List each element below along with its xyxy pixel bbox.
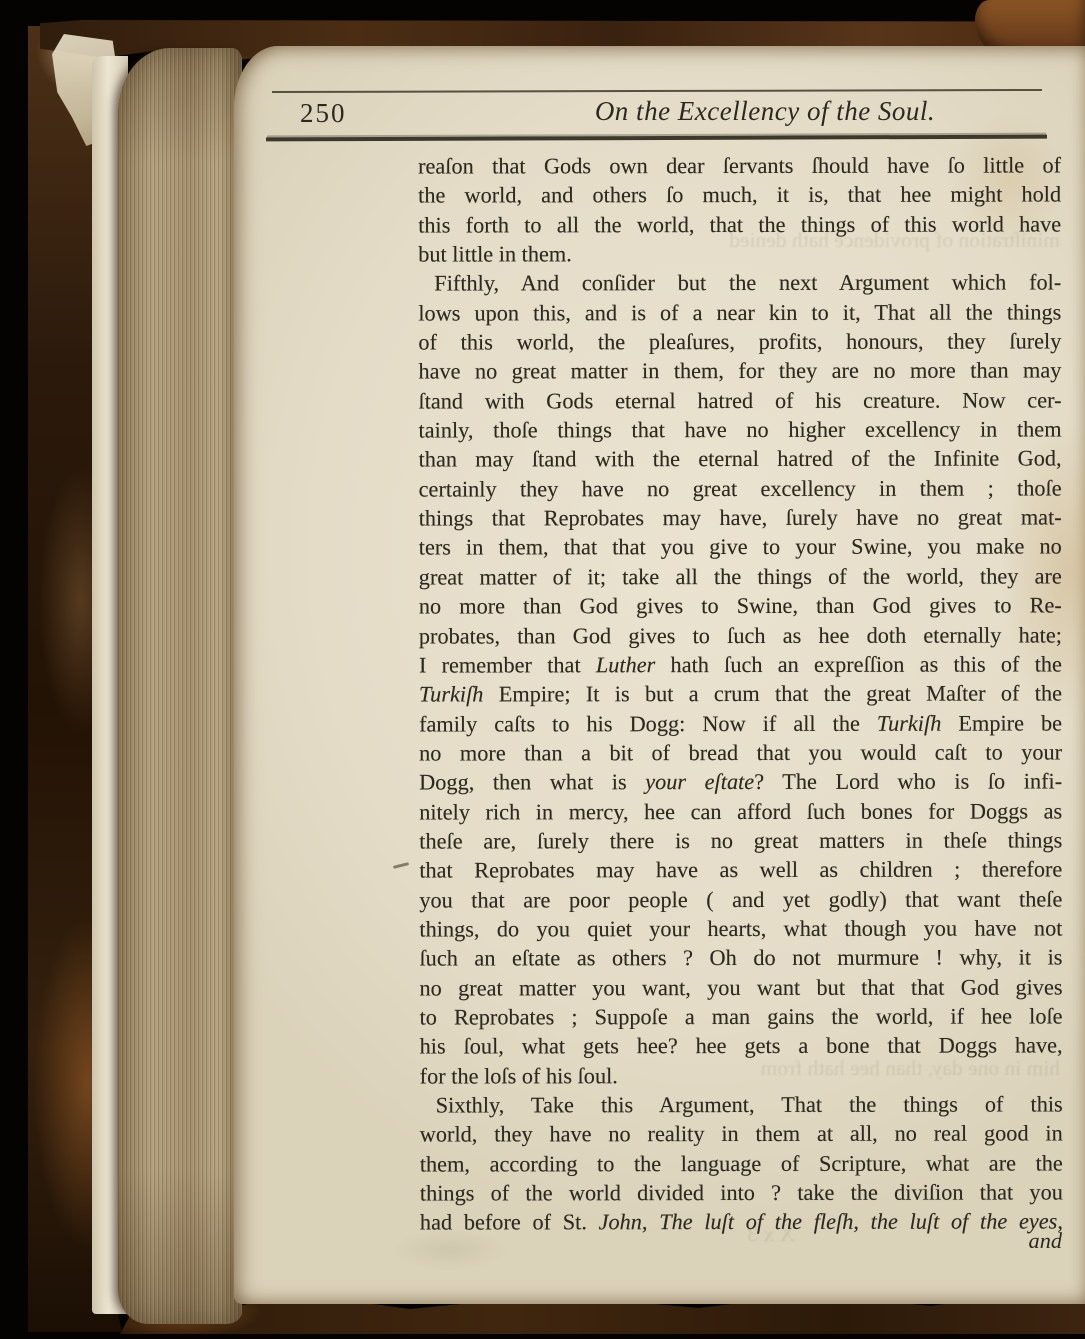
text-line: you that are poor people ( and yet godly… [419, 884, 1062, 914]
text-segment: have no great matter in them, for they a… [418, 358, 1061, 384]
text-segment: of this world, the pleaſures, profits, h… [418, 329, 1061, 355]
text-segment: but little in them. [418, 241, 572, 266]
text-line: lows upon this, and is of a near kin to … [418, 297, 1061, 327]
text-line: ters in them, that that you give to your… [419, 532, 1062, 562]
text-line: theſe are, ſurely there is no great matt… [419, 825, 1062, 855]
text-line: of this world, the pleaſures, profits, h… [418, 327, 1061, 357]
text-segment: them, according to the language of Scrip… [420, 1150, 1063, 1176]
text-segment: ters in them, that that you give to your… [419, 534, 1062, 560]
text-line: no great matter you want, you want but t… [419, 972, 1062, 1002]
body-text: reaſon that Gods own dear ſervants ſhoul… [418, 150, 1063, 1237]
text-segment: probates, than God gives to ſuch as hee … [419, 622, 1062, 648]
text-line: family caſts to his Dogg: Now if all the… [419, 708, 1062, 738]
text-line: his ſoul, what gets hee? hee gets a bone… [420, 1031, 1063, 1061]
text-line: reaſon that Gods own dear ſervants ſhoul… [418, 150, 1061, 180]
text-segment: I remember that [419, 652, 596, 677]
text-segment: reaſon that Gods own dear ſervants ſhoul… [418, 152, 1061, 178]
text-line: things that Reprobates may have, ſurely … [419, 503, 1062, 533]
text-line: certainly they have no great excellency … [419, 473, 1062, 503]
text-segment: things of the world divided into ? take … [420, 1179, 1063, 1205]
text-segment: world, they have no reality in them at a… [420, 1121, 1063, 1147]
text-line: great matter of it; take all the things … [419, 561, 1062, 591]
text-line: world, they have no reality in them at a… [420, 1119, 1063, 1149]
text-line: that Reprobates may have as well as chil… [419, 855, 1062, 885]
text-line: no more than a bit of bread that you wou… [419, 737, 1062, 767]
book-photograph: miniſtration of providence hath denied h… [0, 0, 1085, 1339]
text-segment: hath ſuch an expreſſion as this of the [655, 651, 1062, 677]
page-block-fore-edge [118, 48, 242, 1324]
running-title: On the Excellency of the Soul. [545, 96, 985, 127]
text-segment: to Reprobates ; Suppoſe a man gains the … [420, 1003, 1063, 1029]
text-segment: his ſoul, what gets hee? hee gets a bone… [420, 1033, 1063, 1059]
text-segment: this forth to all the world, that the th… [418, 211, 1061, 237]
text-segment: Sixthly, Take this Argument, That the th… [436, 1091, 1063, 1117]
text-line: I remember that Luther hath ſuch an expr… [419, 649, 1062, 679]
text-line: ſtand with Gods eternal hatred of his cr… [418, 385, 1061, 415]
text-segment: the world, and others ſo much, it is, th… [418, 182, 1061, 208]
text-line: things of the world divided into ? take … [420, 1177, 1063, 1207]
text-line: have no great matter in them, for they a… [418, 356, 1061, 386]
text-line: than may ſtand with the eternal hatred o… [419, 444, 1062, 474]
text-line: for the loſs of his ſoul. [420, 1060, 1063, 1090]
italic-text-segment: your eſtate [645, 769, 754, 794]
catchword: and [419, 1228, 1062, 1254]
text-segment: no great matter you want, you want but t… [419, 974, 1062, 1000]
text-segment: theſe are, ſurely there is no great matt… [419, 827, 1062, 853]
text-segment: than may ſtand with the eternal hatred o… [419, 446, 1062, 472]
text-segment: no more than God gives to Swine, than Go… [419, 593, 1062, 619]
text-line: Dogg, then what is your eſtate? The Lord… [419, 767, 1062, 797]
text-segment: tainly, thoſe things that have no higher… [419, 417, 1062, 443]
text-line: to Reprobates ; Suppoſe a man gains the … [420, 1001, 1063, 1031]
text-segment: Dogg, then what is [419, 769, 645, 794]
text-line: nitely rich in mercy, hee can afford ſuc… [419, 796, 1062, 826]
text-line: ſuch an eſtate as others ? Oh do not mur… [419, 943, 1062, 973]
text-line: Sixthly, Take this Argument, That the th… [420, 1089, 1063, 1119]
text-line: this forth to all the world, that the th… [418, 209, 1061, 239]
text-segment: nitely rich in mercy, hee can afford ſuc… [419, 798, 1062, 824]
text-segment: that Reprobates may have as well as chil… [419, 857, 1062, 883]
italic-text-segment: Luther [596, 652, 656, 677]
text-segment: great matter of it; take all the things … [419, 563, 1062, 589]
text-line: but little in them. [418, 238, 1061, 268]
text-segment: family caſts to his Dogg: Now if all the [419, 710, 877, 736]
text-segment: you that are poor people ( and yet godly… [419, 886, 1062, 912]
text-segment: for the loſs of his ſoul. [420, 1063, 618, 1088]
text-segment: no more than a bit of bread that you wou… [419, 739, 1062, 765]
text-line: probates, than God gives to ſuch as hee … [419, 620, 1062, 650]
text-line: things, do you quiet your hearts, what t… [419, 913, 1062, 943]
text-segment: things that Reprobates may have, ſurely … [419, 505, 1062, 531]
text-segment: things, do you quiet your hearts, what t… [419, 915, 1062, 941]
text-line: the world, and others ſo much, it is, th… [418, 180, 1061, 210]
text-segment: ſtand with Gods eternal hatred of his cr… [418, 387, 1061, 413]
page-number: 250 [300, 98, 347, 129]
text-segment: ſuch an eſtate as others ? Oh do not mur… [419, 945, 1062, 971]
italic-text-segment: Turkiſh [419, 682, 483, 707]
text-segment: Empire; It is but a crum that the great … [483, 681, 1062, 707]
text-line: tainly, thoſe things that have no higher… [419, 415, 1062, 445]
text-line: no more than God gives to Swine, than Go… [419, 591, 1062, 621]
text-line: Fifthly, And conſider but the next Argum… [418, 268, 1061, 298]
text-segment: Fifthly, And conſider but the next Argum… [434, 270, 1061, 296]
text-segment: certainly they have no great excellency … [419, 475, 1062, 501]
text-line: them, according to the language of Scrip… [420, 1148, 1063, 1178]
text-segment: lows upon this, and is of a near kin to … [418, 299, 1061, 325]
italic-text-segment: Turkiſh [877, 710, 941, 735]
text-segment: Empire be [941, 710, 1062, 735]
text-segment: ? The Lord who is ſo infi- [754, 769, 1062, 795]
text-line: Turkiſh Empire; It is but a crum that th… [419, 679, 1062, 709]
